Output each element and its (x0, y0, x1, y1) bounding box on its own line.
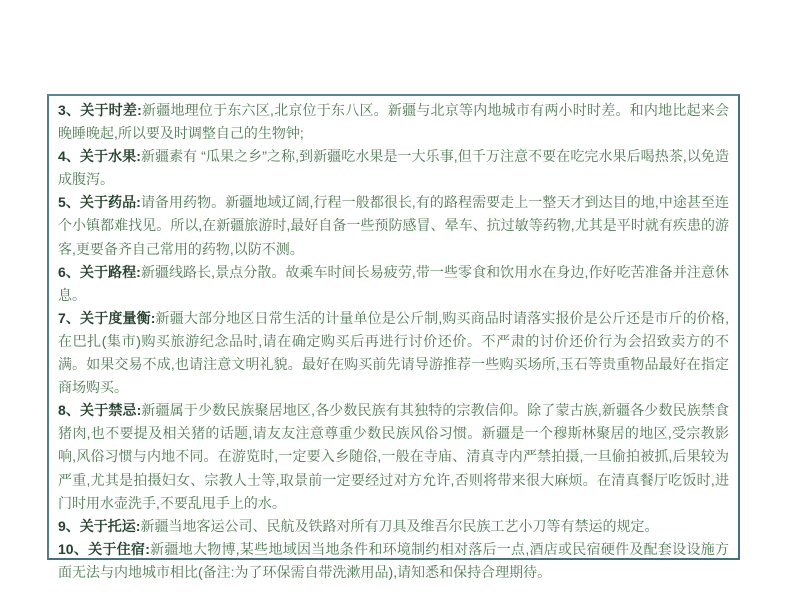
tip-label: 9、关于托运: (58, 518, 140, 534)
tip-item-fruit: 4、关于水果:新疆素有 “瓜果之乡”之称,到新疆吃水果是一大乐事,但千万注意不要… (58, 145, 729, 191)
tip-text: 新疆地理位于东六区,北京位于东八区。新疆与北京等内地城市有两小时时差。和内地比起… (58, 102, 729, 141)
tip-item-measurement: 7、关于度量衡:新疆大部分地区日常生活的计量单位是公斤制,购买商品时请落实报价是… (58, 307, 729, 399)
tip-label: 7、关于度量衡: (58, 310, 155, 326)
tip-label: 6、关于路程: (58, 264, 141, 280)
tip-text: 新疆当地客运公司、民航及铁路对所有刀具及维吾尔民族工艺小刀等有禁运的规定。 (140, 518, 658, 534)
tip-label: 8、关于禁忌: (58, 402, 141, 418)
document-page: 3、关于时差:新疆地理位于东六区,北京位于东八区。新疆与北京等内地城市有两小时时… (0, 0, 788, 594)
tip-item-luggage: 9、关于托运:新疆当地客运公司、民航及铁路对所有刀具及维吾尔民族工艺小刀等有禁运… (58, 515, 729, 538)
tip-item-route: 6、关于路程:新疆线路长,景点分散。故乘车时间长易疲劳,带一些零食和饮用水在身边… (58, 261, 729, 307)
tip-label: 5、关于药品: (58, 194, 141, 210)
tip-item-taboo: 8、关于禁忌:新疆属于少数民族聚居地区,各少数民族有其独特的宗教信仰。除了蒙古族… (58, 399, 729, 514)
tip-item-lodging: 10、关于住宿:新疆地大物博,某些地域因当地条件和环境制约相对落后一点,酒店或民… (58, 538, 729, 584)
tip-label: 10、关于住宿: (58, 541, 150, 557)
tip-text: 新疆地大物博,某些地域因当地条件和环境制约相对落后一点,酒店或民宿硬件及配套设设… (58, 541, 729, 580)
tip-text: 新疆属于少数民族聚居地区,各少数民族有其独特的宗教信仰。除了蒙古族,新疆各少数民… (58, 402, 729, 510)
travel-tips-content: 3、关于时差:新疆地理位于东六区,北京位于东八区。新疆与北京等内地城市有两小时时… (49, 96, 738, 584)
tip-label: 3、关于时差: (58, 102, 142, 118)
tip-text: 新疆线路长,景点分散。故乘车时间长易疲劳,带一些零食和饮用水在身边,作好吃苦准备… (58, 264, 729, 303)
tip-item-medicine: 5、关于药品:请备用药物。新疆地域辽阔,行程一般都很长,有的路程需要走上一整天才… (58, 191, 729, 260)
tip-label: 4、关于水果: (58, 148, 141, 164)
tip-text: 请备用药物。新疆地域辽阔,行程一般都很长,有的路程需要走上一整天才到达目的地,中… (58, 194, 729, 256)
tip-item-timezone: 3、关于时差:新疆地理位于东六区,北京位于东八区。新疆与北京等内地城市有两小时时… (58, 99, 729, 145)
tip-text: 新疆大部分地区日常生活的计量单位是公斤制,购买商品时请落实报价是公斤还是市斤的价… (58, 310, 729, 395)
travel-tips-box: 3、关于时差:新疆地理位于东六区,北京位于东八区。新疆与北京等内地城市有两小时时… (47, 94, 740, 560)
tip-text: 新疆素有 “瓜果之乡”之称,到新疆吃水果是一大乐事,但千万注意不要在吃完水果后喝… (58, 148, 729, 187)
